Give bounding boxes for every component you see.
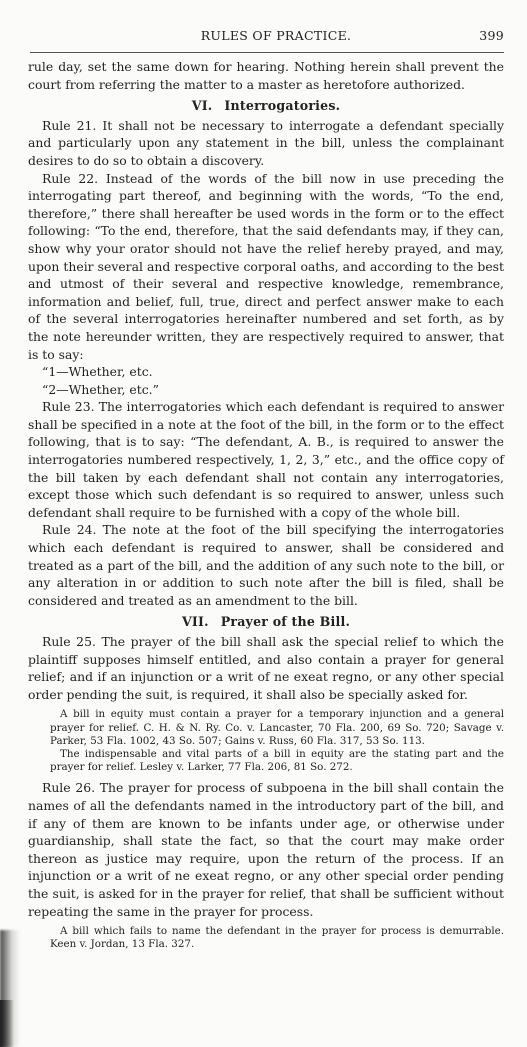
section-numeral: VII. bbox=[182, 614, 209, 629]
header-rule bbox=[30, 52, 504, 53]
rule-26-annotations: A bill which fails to name the defendant… bbox=[50, 925, 504, 951]
section-title: Interrogatories. bbox=[224, 98, 340, 113]
section-numeral: VI. bbox=[192, 98, 213, 113]
rule-23: Rule 23. The interrogatories which each … bbox=[28, 398, 504, 521]
continued-paragraph: rule day, set the same down for hearing.… bbox=[28, 58, 504, 93]
page-edge-shadow bbox=[0, 1000, 14, 1047]
rule-25: Rule 25. The prayer of the bill shall as… bbox=[28, 633, 504, 703]
rule-22: Rule 22. Instead of the words of the bil… bbox=[28, 170, 504, 364]
rule-24: Rule 24. The note at the foot of the bil… bbox=[28, 521, 504, 609]
rule-21: Rule 21. It shall not be necessary to in… bbox=[28, 117, 504, 170]
section-title: Prayer of the Bill. bbox=[221, 614, 350, 629]
rule-22-item-1: “1—Whether, etc. bbox=[28, 363, 504, 381]
running-header: RULES OF PRACTICE. 399 bbox=[28, 28, 504, 46]
rule-22-item-2: “2—Whether, etc.” bbox=[28, 381, 504, 399]
running-title: RULES OF PRACTICE. bbox=[28, 28, 504, 43]
rule-25-annotations: A bill in equity must contain a prayer f… bbox=[50, 708, 504, 774]
annotation: The indispensable and vital parts of a b… bbox=[50, 748, 504, 774]
section-heading-vii: VII.Prayer of the Bill. bbox=[28, 613, 504, 631]
annotation: A bill which fails to name the defendant… bbox=[50, 925, 504, 951]
annotation: A bill in equity must contain a prayer f… bbox=[50, 708, 504, 748]
rule-26: Rule 26. The prayer for process of subpo… bbox=[28, 779, 504, 920]
page-body: rule day, set the same down for hearing.… bbox=[28, 58, 504, 957]
page-number: 399 bbox=[479, 28, 504, 43]
section-heading-vi: VI.Interrogatories. bbox=[28, 97, 504, 115]
